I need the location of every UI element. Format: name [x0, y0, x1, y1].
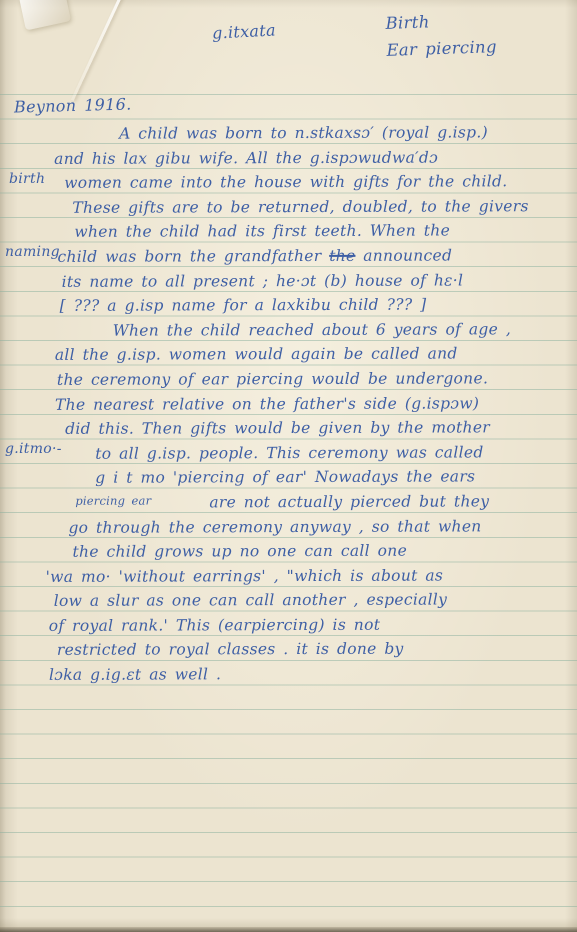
- manuscript-line: women came into the house with gifts for…: [64, 169, 569, 195]
- manuscript-line: lɔka g.ig.ɛt as well .: [49, 661, 571, 687]
- page-header-topics: Birth Ear piercing: [385, 6, 497, 64]
- source-attribution: Beynon 1916.: [14, 94, 132, 116]
- manuscript-line: 'wa mo· 'without earrings' , "which is a…: [46, 563, 571, 589]
- manuscript-line: The nearest relative on the father's sid…: [55, 391, 570, 417]
- manuscript-line: restricted to royal classes . it is done…: [57, 637, 571, 663]
- interlinear-gloss: piercing ear: [75, 493, 151, 507]
- manuscript-line: g i t mo 'piercing of ear' Nowadays the …: [95, 464, 570, 490]
- manuscript-body: A child was born to n.stkaxsɔ′ (royal g.…: [39, 120, 571, 688]
- manuscript-line: did this. Then gifts would be given by t…: [65, 415, 570, 441]
- paper-bottom-edge: [0, 927, 577, 932]
- manuscript-line: When the child reached about 6 years of …: [113, 317, 570, 343]
- manuscript-line: go through the ceremony anyway , so that…: [68, 514, 570, 540]
- topic-birth: Birth: [385, 6, 496, 37]
- scanned-notebook-page: g.itxata Birth Ear piercing Beynon 1916.…: [0, 0, 577, 932]
- page-header-group-name: g.itxata: [212, 20, 277, 42]
- manuscript-line: A child was born to n.stkaxsɔ′ (royal g.…: [119, 120, 569, 146]
- manuscript-line: when the child had its first teeth. When…: [74, 218, 569, 244]
- topic-ear-piercing: Ear piercing: [386, 33, 497, 64]
- manuscript-line-with-strikeout: child was born the grandfather the annou…: [57, 243, 569, 269]
- manuscript-line: the ceremony of ear piercing would be un…: [57, 366, 570, 392]
- manuscript-line: to all g.isp. people. This ceremony was …: [95, 440, 570, 466]
- struck-word: the: [329, 247, 355, 265]
- manuscript-line: These gifts are to be returned, doubled,…: [72, 194, 569, 220]
- manuscript-line: and his lax gibu wife. All the g.ispɔwud…: [54, 145, 569, 171]
- manuscript-line: all the g.isp. women would again be call…: [55, 341, 570, 367]
- manuscript-line: low a slur as one can call another , esp…: [54, 587, 571, 613]
- manuscript-line: of royal rank.' This (earpiercing) is no…: [49, 612, 571, 638]
- line-text: child was born the grandfather: [57, 247, 329, 266]
- manuscript-line: [ ??? a g.isp name for a laxkibu child ?…: [60, 292, 570, 318]
- manuscript-line-with-gloss: piercing earare not actually pierced but…: [75, 489, 570, 515]
- manuscript-line: its name to all present ; he·ɔt (b) hous…: [62, 268, 570, 294]
- line-text: announced: [355, 246, 452, 264]
- manuscript-line: the child grows up no one can call one: [72, 538, 570, 564]
- line-text: are not actually pierced but they: [209, 492, 489, 511]
